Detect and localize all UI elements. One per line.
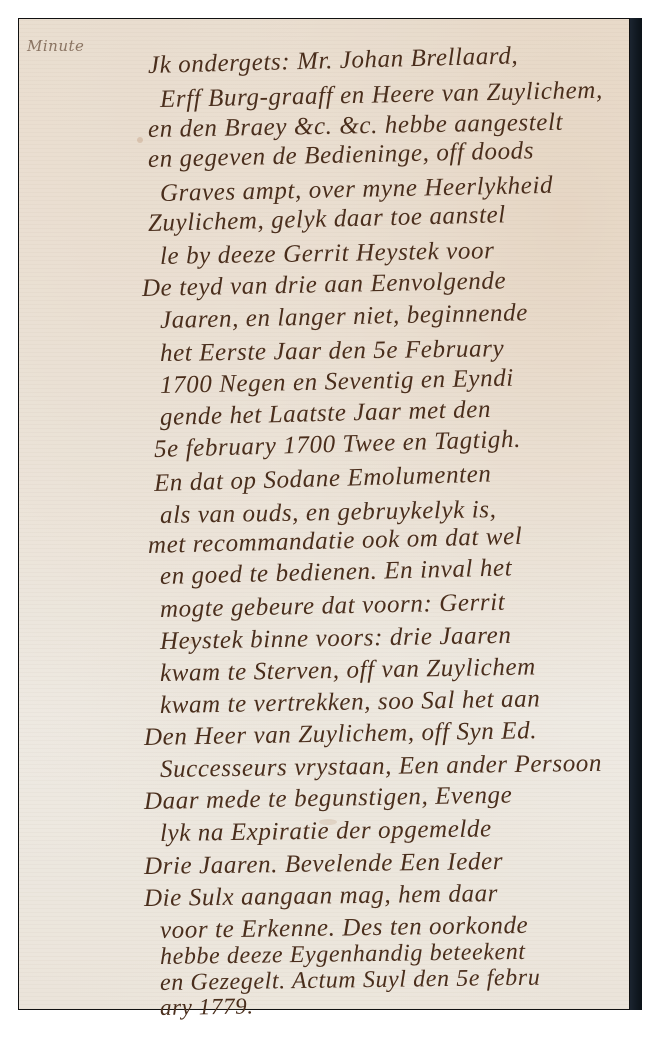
text-line: lyk na Expiratie der opgemelde: [160, 815, 492, 848]
binding-strip: [630, 18, 642, 1010]
text-line: Drie Jaaren. Bevelende Een Ieder: [144, 848, 503, 881]
text-line: en Gezegelt. Actum Suyl den 5e febru: [160, 965, 541, 997]
text-line: het Eerste Jaar den 5e February: [160, 335, 505, 368]
text-line: ary 1779.: [160, 993, 254, 1021]
text-line: le by deeze Gerrit Heystek voor: [160, 237, 495, 271]
paper-stain: [137, 137, 143, 143]
margin-note-minute: Minute: [27, 37, 84, 55]
text-line: Die Sulx aangaan mag, hem daar: [144, 880, 498, 913]
